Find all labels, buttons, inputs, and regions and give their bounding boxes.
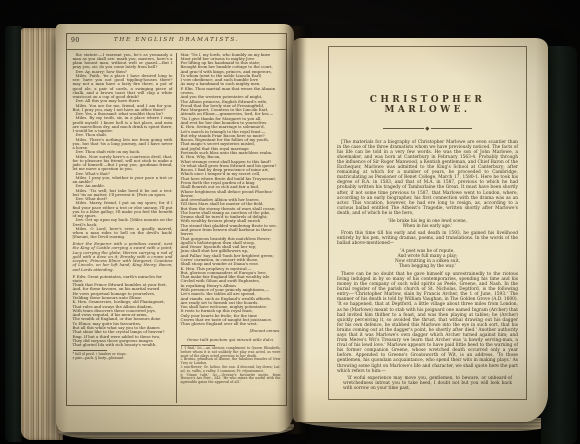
- left-column: the statute.—I warrant you, he's as yeom…: [69, 53, 177, 404]
- speech: Miles. By my troth, sir, in a place wher…: [73, 116, 173, 133]
- verse-block: P. Edw. Great potentates, earth's miracl…: [73, 275, 173, 348]
- right-page-rule-frame: CHRISTOPHER MARLOWE. [The materials for …: [328, 46, 527, 400]
- speech: the statute.—I warrant you, he's as yeom…: [73, 53, 173, 70]
- speech: Miles. Faith, 'tis a place I have desire…: [73, 74, 173, 100]
- heading-ornament: [329, 127, 526, 130]
- ballad-quote: 'A poet was he of repute, And wrote full…: [337, 249, 518, 269]
- biography-text: [The materials for a biography of Christ…: [329, 140, 526, 392]
- left-page: 90 THE ENGLISH DRAMATISTS. the statute.—…: [56, 24, 294, 432]
- closing-quote: 'If woful experience may move you, gentl…: [343, 376, 512, 391]
- gutter-shadow: [284, 26, 306, 434]
- paragraph: There can be no doubt that he gave himse…: [337, 272, 518, 374]
- intro-paragraph: [The materials for a biography of Christ…: [337, 140, 518, 216]
- left-page-rule-frame: 90 THE ENGLISH DRAMATISTS. the statute.—…: [66, 33, 287, 406]
- exit-stage-direction: [Exeunt omnes.: [181, 328, 281, 333]
- ballad-quote: 'He brake his leg in one lewd scene, Whe…: [337, 219, 518, 229]
- speech: Miles. O Lord, here's even a goodly marv…: [73, 227, 173, 240]
- right-page: CHRISTOPHER MARLOWE. [The materials for …: [293, 38, 548, 422]
- footnotes: 1 'I find,' &c.—an obvious compliment to…: [181, 347, 281, 385]
- two-column-text-block: the statute.—I warrant you, he's as yeom…: [67, 50, 286, 405]
- latin-motto: Omne tulit punctum qui miscuit utile dul…: [181, 337, 281, 342]
- diamond-ornament-icon: [426, 126, 430, 130]
- paragraph: From this time till his early and sad de…: [337, 231, 518, 246]
- left-page-header: 90 THE ENGLISH DRAMATISTS.: [67, 34, 286, 50]
- footnotes: * full of peril. † hinders or stops. ‡ p…: [73, 353, 173, 361]
- verse-block: Mar. 'Tis I, my lords, who humbly on my …: [181, 53, 281, 327]
- right-column: Mar. 'Tis I, my lords, who humbly on my …: [177, 53, 284, 404]
- running-head: THE ENGLISH DRAMATISTS.: [67, 37, 286, 43]
- speech: Miles. Now surely here's a courteous dev…: [73, 155, 173, 172]
- section-heading: CHRISTOPHER MARLOWE.: [329, 95, 526, 115]
- stage-direction: Enter the Emperor with a pointless sword…: [73, 242, 173, 272]
- speech: Miles. Marry, friend, I put on my spurs;…: [73, 201, 173, 218]
- book-cover-left-edge: [5, 26, 22, 442]
